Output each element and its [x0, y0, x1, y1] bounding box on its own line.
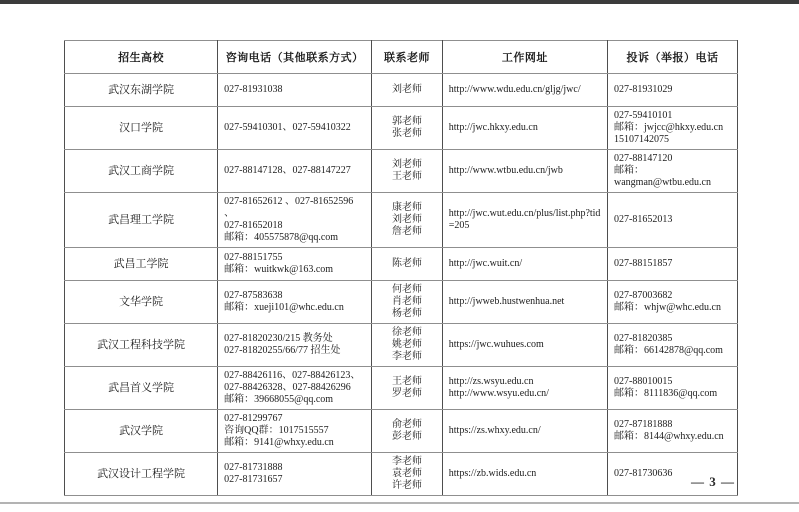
- school-cell: 武昌理工学院: [65, 193, 218, 248]
- school-cell: 文华学院: [65, 281, 218, 324]
- column-header-teacher: 联系老师: [372, 41, 443, 74]
- table-row: 武汉学院027-81299767咨询QQ群：1017515557邮箱：9141@…: [65, 410, 738, 453]
- teacher-cell: 王老师罗老师: [372, 367, 443, 410]
- table-row: 文华学院027-87583638邮箱：xueji101@whc.edu.cn何老…: [65, 281, 738, 324]
- phone-cell: 027-81931038: [218, 74, 372, 107]
- complaint-cell: 027-87003682邮箱：whjw@whc.edu.cn: [608, 281, 738, 324]
- table-row: 汉口学院027-59410301、027-59410322郭老师张老师http:…: [65, 107, 738, 150]
- url-cell: http://jwc.wuit.cn/: [442, 248, 607, 281]
- complaint-cell: 027-88147120邮箱：wangman@wtbu.edu.cn: [608, 150, 738, 193]
- url-cell: https://jwc.wuhues.com: [442, 324, 607, 367]
- url-cell: http://jwc.hkxy.edu.cn: [442, 107, 607, 150]
- phone-cell: 027-81652612 、027-81652596 、027-81652018…: [218, 193, 372, 248]
- teacher-cell: 陈老师: [372, 248, 443, 281]
- page-bottom-edge: [0, 502, 799, 504]
- window-top-edge: [0, 0, 799, 4]
- url-cell: http://www.wdu.edu.cn/gljg/jwc/: [442, 74, 607, 107]
- url-cell: https://zs.whxy.edu.cn/: [442, 410, 607, 453]
- school-cell: 武汉东湖学院: [65, 74, 218, 107]
- school-cell: 汉口学院: [65, 107, 218, 150]
- school-cell: 武昌工学院: [65, 248, 218, 281]
- column-header-phone: 咨询电话（其他联系方式）: [218, 41, 372, 74]
- teacher-cell: 何老师肖老师杨老师: [372, 281, 443, 324]
- phone-cell: 027-81820230/215 教务处027-81820255/66/77 招…: [218, 324, 372, 367]
- page-number: — 3 —: [691, 474, 735, 490]
- table-body: 武汉东湖学院027-81931038刘老师http://www.wdu.edu.…: [65, 74, 738, 496]
- teacher-cell: 李老师袁老师许老师: [372, 453, 443, 496]
- header-row: 招生高校 咨询电话（其他联系方式） 联系老师 工作网址 投诉（举报）电话: [65, 41, 738, 74]
- table-row: 武汉设计工程学院027-81731888027-81731657李老师袁老师许老…: [65, 453, 738, 496]
- table-row: 武昌工学院027-88151755邮箱：wuitkwk@163.com陈老师ht…: [65, 248, 738, 281]
- complaint-cell: 027-59410101邮箱：jwjcc@hkxy.edu.cn15107142…: [608, 107, 738, 150]
- phone-cell: 027-88151755邮箱：wuitkwk@163.com: [218, 248, 372, 281]
- table-row: 武昌首义学院027-88426116、027-88426123、027-8842…: [65, 367, 738, 410]
- teacher-cell: 刘老师: [372, 74, 443, 107]
- document-page: { "page": { "number_label": "— 3 —" }, "…: [0, 0, 799, 512]
- complaint-cell: 027-88010015邮箱：8111836@qq.com: [608, 367, 738, 410]
- table-row: 武汉东湖学院027-81931038刘老师http://www.wdu.edu.…: [65, 74, 738, 107]
- phone-cell: 027-88426116、027-88426123、027-88426328、0…: [218, 367, 372, 410]
- column-header-website: 工作网址: [442, 41, 607, 74]
- url-cell: http://zs.wsyu.edu.cnhttp://www.wsyu.edu…: [442, 367, 607, 410]
- phone-cell: 027-81299767咨询QQ群：1017515557邮箱：9141@whxy…: [218, 410, 372, 453]
- complaint-cell: 027-81652013: [608, 193, 738, 248]
- teacher-cell: 俞老师彭老师: [372, 410, 443, 453]
- phone-cell: 027-59410301、027-59410322: [218, 107, 372, 150]
- school-cell: 武昌首义学院: [65, 367, 218, 410]
- table-row: 武汉工商学院027-88147128、027-88147227刘老师王老师htt…: [65, 150, 738, 193]
- table-row: 武汉工程科技学院027-81820230/215 教务处027-81820255…: [65, 324, 738, 367]
- school-cell: 武汉学院: [65, 410, 218, 453]
- teacher-cell: 郭老师张老师: [372, 107, 443, 150]
- complaint-cell: 027-87181888邮箱：8144@whxy.edu.cn: [608, 410, 738, 453]
- complaint-cell: 027-81931029: [608, 74, 738, 107]
- phone-cell: 027-87583638邮箱：xueji101@whc.edu.cn: [218, 281, 372, 324]
- complaint-cell: 027-81820385邮箱：66142878@qq.com: [608, 324, 738, 367]
- table-header: 招生高校 咨询电话（其他联系方式） 联系老师 工作网址 投诉（举报）电话: [65, 41, 738, 74]
- url-cell: https://zb.wids.edu.cn: [442, 453, 607, 496]
- teacher-cell: 康老师刘老师詹老师: [372, 193, 443, 248]
- column-header-complaint: 投诉（举报）电话: [608, 41, 738, 74]
- school-cell: 武汉工程科技学院: [65, 324, 218, 367]
- url-cell: http://jwweb.hustwenhua.net: [442, 281, 607, 324]
- column-header-school: 招生高校: [65, 41, 218, 74]
- table-row: 武昌理工学院027-81652612 、027-81652596 、027-81…: [65, 193, 738, 248]
- url-cell: http://jwc.wut.edu.cn/plus/list.php?tid=…: [442, 193, 607, 248]
- teacher-cell: 徐老师姚老师李老师: [372, 324, 443, 367]
- url-cell: http://www.wtbu.edu.cn/jwb: [442, 150, 607, 193]
- contact-table: 招生高校 咨询电话（其他联系方式） 联系老师 工作网址 投诉（举报）电话 武汉东…: [64, 40, 738, 496]
- school-cell: 武汉工商学院: [65, 150, 218, 193]
- complaint-cell: 027-88151857: [608, 248, 738, 281]
- phone-cell: 027-81731888027-81731657: [218, 453, 372, 496]
- school-cell: 武汉设计工程学院: [65, 453, 218, 496]
- teacher-cell: 刘老师王老师: [372, 150, 443, 193]
- phone-cell: 027-88147128、027-88147227: [218, 150, 372, 193]
